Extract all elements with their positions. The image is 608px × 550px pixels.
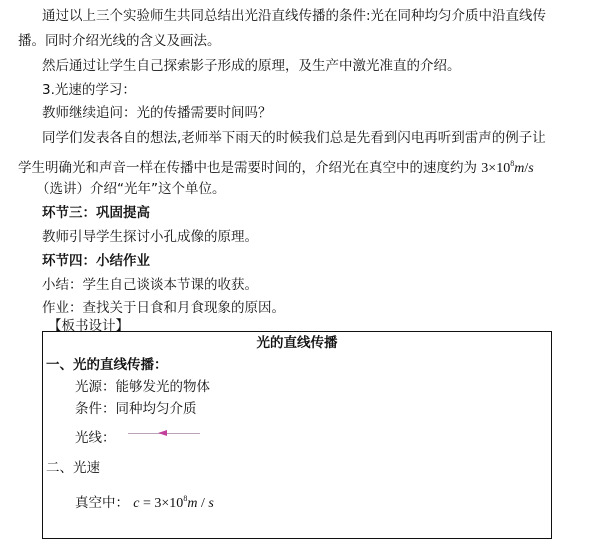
formula-unit-s: s — [208, 496, 213, 511]
paragraph-shadow: 然后通过让学生自己探索影子形成的原理，及生产中激光准直的介绍。 — [42, 57, 461, 75]
arrow-head — [158, 430, 167, 436]
paragraph-homework: 作业：查找关于日食和月食现象的原因。 — [42, 299, 285, 317]
heading-step4: 环节四：小结作业 — [42, 252, 150, 270]
board-condition: 条件：同种均匀介质 — [75, 400, 197, 418]
board-light-source: 光源：能够发光的物体 — [75, 378, 210, 396]
paragraph-conditions-line2: 播。同时介绍光线的含义及画法。 — [18, 32, 221, 50]
heading-step3: 环节三：巩固提高 — [42, 204, 150, 222]
board-section2-text: 二、光速 — [46, 460, 100, 476]
paragraph-question: 教师继续追问：光的传播需要时间吗？ — [42, 104, 272, 122]
paragraph-discussion-line2: 学生明确光和声音一样在传播中也是需要时间的，介绍光在真空中的速度约为 3×108… — [18, 155, 534, 178]
board-section2-heading: 二、光速 — [46, 459, 100, 477]
unit-m: m — [514, 161, 524, 176]
board-section1-heading: 一、光的直线传播： — [46, 356, 168, 374]
section-light-speed: 3.光速的学习： — [42, 81, 136, 99]
paragraph-step3: 教师引导学生探讨小孔成像的原理。 — [42, 228, 258, 246]
vacuum-label: 真空中： — [75, 495, 129, 511]
formula-unit-m: m — [187, 496, 197, 511]
paragraph-summary: 小结：学生自己谈谈本节课的收获。 — [42, 276, 258, 294]
formula-slash: / — [197, 496, 208, 511]
paragraph-discussion-line1: 同学们发表各自的想法,老师举下雨天的时候我们总是先看到闪电再听到雷声的例子让 — [42, 129, 546, 147]
speed-base: 3×10 — [481, 161, 510, 176]
vacuum-formula: c = 3×108m / s — [133, 496, 213, 511]
unit-s: s — [528, 161, 533, 176]
paragraph-conditions-line1: 通过以上三个实验师生共同总结出光沿直线传播的条件:光在同种均匀介质中沿直线传 — [42, 7, 546, 25]
board-title: 光的直线传播 — [43, 334, 551, 352]
speed-formula: 3×108m/s — [481, 161, 533, 176]
formula-value: = 3×10 — [140, 496, 184, 511]
discussion-text: 学生明确光和声音一样在传播中也是需要时间的，介绍光在真空中的速度约为 — [18, 160, 477, 176]
board-ray-label: 光线： — [75, 429, 116, 447]
paragraph-light-year: （选讲）介绍“光年”这个单位。 — [36, 180, 226, 198]
board-vacuum-speed: 真空中： c = 3×108m / s — [75, 490, 214, 513]
light-ray-arrow-icon — [128, 432, 200, 436]
